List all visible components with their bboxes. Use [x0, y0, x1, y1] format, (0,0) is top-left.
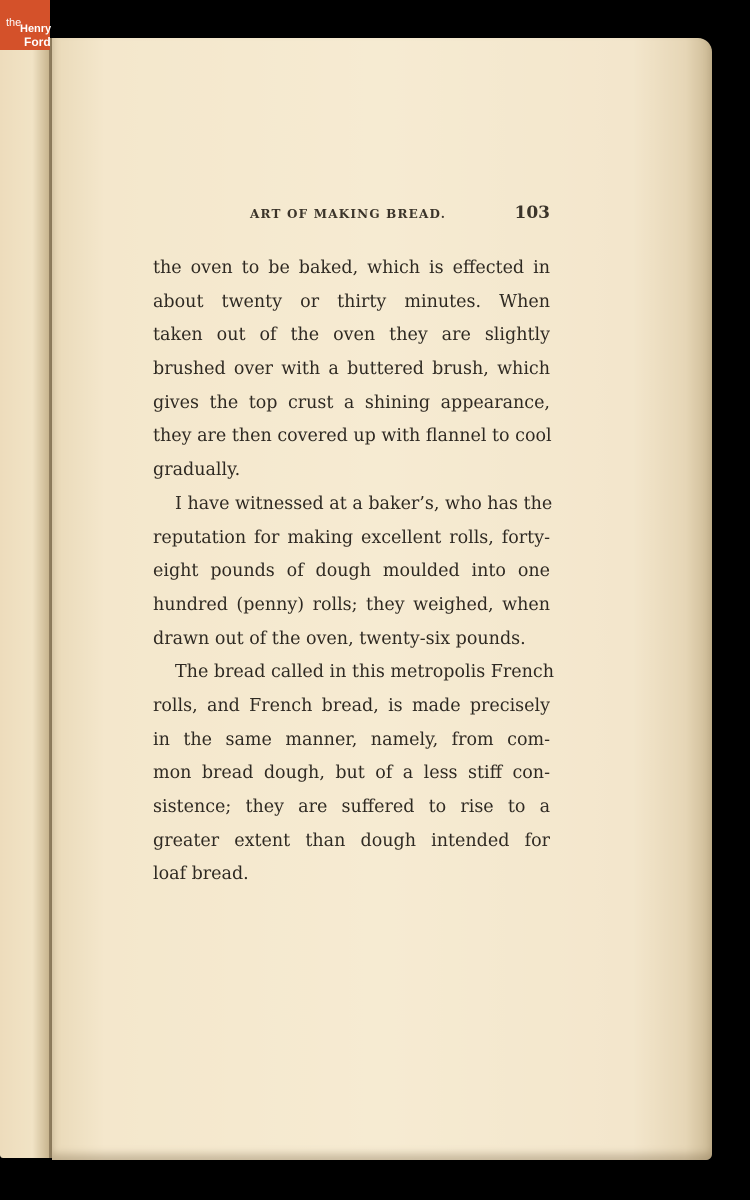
text-line: The bread called in this metropolis Fren… — [153, 656, 550, 690]
text-line: drawn out of the oven, twenty-six pounds… — [153, 623, 550, 657]
text-line: gives the top crust a shining appearance… — [153, 387, 550, 421]
text-line: mon bread dough, but of a less stiff con… — [153, 757, 550, 791]
text-line: they are then covered up with flannel to… — [153, 420, 550, 454]
text-line: loaf bread. — [153, 858, 550, 892]
text-line: about twenty or thirty minutes. When — [153, 286, 550, 320]
logo-text-ford: Ford — [24, 36, 51, 48]
text-line: in the same manner, namely, from com- — [153, 724, 550, 758]
body-text: the oven to be baked, which is effected … — [153, 252, 550, 892]
text-line: sistence; they are suffered to rise to a — [153, 791, 550, 825]
text-line: the oven to be baked, which is effected … — [153, 252, 550, 286]
running-head: ART OF MAKING BREAD. — [250, 207, 446, 221]
logo-text-henry: Henry — [20, 24, 51, 35]
text-line: greater extent than dough intended for — [153, 825, 550, 859]
text-line: eight pounds of dough moulded into one — [153, 555, 550, 589]
text-line: hundred (penny) rolls; they weighed, whe… — [153, 589, 550, 623]
text-line: reputation for making excellent rolls, f… — [153, 522, 550, 556]
text-line: I have witnessed at a baker’s, who has t… — [153, 488, 550, 522]
text-line: gradually. — [153, 454, 550, 488]
logo-text-the: the — [6, 18, 21, 29]
page-header: ART OF MAKING BREAD. 103 — [250, 203, 550, 227]
page-number: 103 — [515, 203, 551, 223]
text-line: rolls, and French bread, is made precise… — [153, 690, 550, 724]
text-line: brushed over with a buttered brush, whic… — [153, 353, 550, 387]
left-page-edge — [0, 38, 54, 1158]
text-line: taken out of the oven they are slightly — [153, 319, 550, 353]
henry-ford-watermark-logo: the Henry Ford — [0, 0, 50, 50]
